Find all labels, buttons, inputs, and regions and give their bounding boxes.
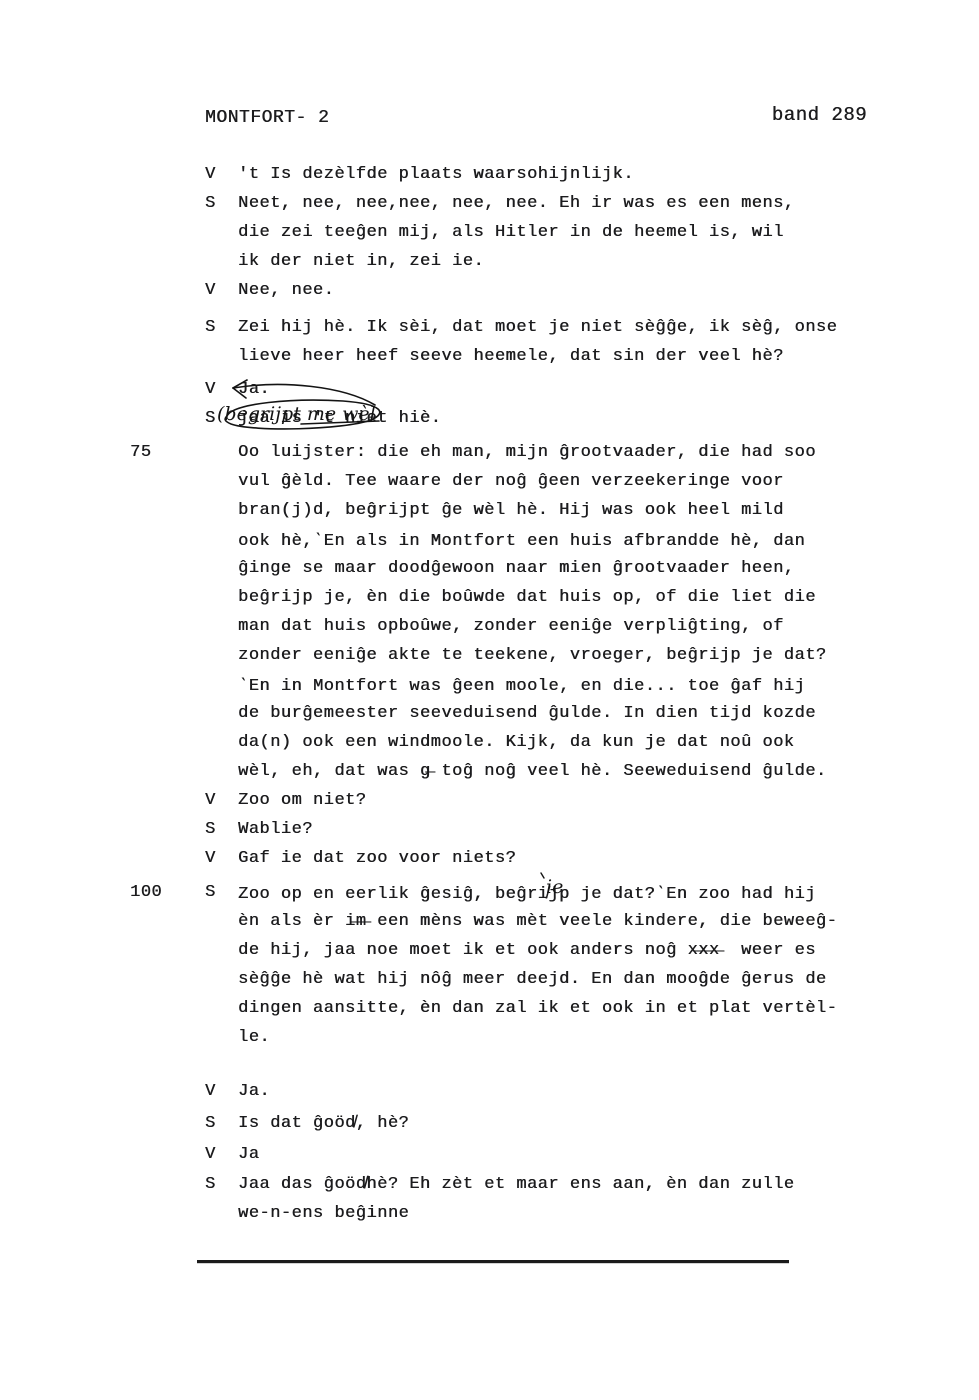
line-text: sèĝĝe hè wat hij nôĝ meer deejd. En dan … [238,970,827,989]
annotation-note-text: (begrijpt me wèl [217,403,376,425]
line-text: ook hè,‵En als in Montfort een huis afbr… [238,530,805,551]
line-text: wèl, eh, dat was g̶ toĝ noĝ veel hè. See… [238,762,827,781]
transcript-row: 75Oo luijster: die eh man, mijn ĝrootvaa… [0,439,979,468]
line-text: zonder eeniĝe akte te teekene, vroeger, … [238,646,827,665]
line-text: Zoo op en eerlik ĝesiĝ, beĝri̸jp je dat?… [238,883,816,904]
speaker-label: S [205,194,216,213]
transcript-row: SNeet, nee, nee,nee, nee, nee. Eh ir was… [0,190,979,219]
transcript-row: VNee, nee. [0,277,979,306]
line-text: Is dat ĝoöd̸, hè? [238,1114,409,1133]
line-text: da(n) ook een windmoole. Kijk, da kun je… [238,733,795,752]
transcript-row: da(n) ook een windmoole. Kijk, da kun je… [0,729,979,758]
transcript-row: sèĝĝe hè wat hij nôĝ meer deejd. En dan … [0,966,979,995]
transcript-row: SZei hij hè. Ik sèi, dat moet je niet sè… [0,314,979,343]
speaker-label: S [205,820,216,839]
line-text: de burĝemeester seeveduisend ĝulde. In d… [238,704,816,723]
handwritten-annotation-begrijpt: (begrijpt me wèl [183,372,423,436]
transcript-body: V't Is dezèlfde plaats waarsohijnlijk.SN… [0,161,979,1229]
transcript-row: VJa. [0,1078,979,1107]
line-text: Oo luijster: die eh man, mijn ĝrootvaade… [238,443,816,462]
transcript-row: VGaf ie dat zoo voor niets? [0,845,979,874]
document-page: MONTFORT- 2 band 289 V't Is dezèlfde pla… [0,0,979,1400]
transcript-row: VZoo om niet? [0,787,979,816]
speaker-label: V [205,1082,216,1101]
line-text: ĝinge se maar doodĝewoon naar mien ĝroot… [238,559,795,578]
transcript-row: ĝinge se maar doodĝewoon naar mien ĝroot… [0,555,979,584]
transcript-row: SJaa das ĝoöd̸hè? Eh zèt et maar ens aan… [0,1171,979,1200]
transcript-row: dingen aansitte, èn dan zal ik et ook in… [0,995,979,1024]
line-text: Nee, nee. [238,281,334,300]
line-text: Jaa das ĝoöd̸hè? Eh zèt et maar ens aan,… [238,1175,795,1194]
line-text: beĝrijp je, èn die boûwde dat huis op, o… [238,588,816,607]
line-text: die zei teeĝen mij, als Hitler in de hee… [238,223,784,242]
transcript-row: Sjaa is 't niet hiè. [0,405,979,434]
speaker-label: S [205,883,216,902]
line-text: dingen aansitte, èn dan zal ik et ook in… [238,999,837,1018]
line-text: ik der niet in, zei ie. [238,252,484,271]
line-number: 75 [130,443,151,462]
transcript-row: VJa [0,1141,979,1170]
line-text: Gaf ie dat zoo voor niets? [238,849,516,868]
line-text: Ja. [238,1082,270,1101]
transcript-row: de hij, jaa noe moet ik et ook anders no… [0,937,979,966]
line-number: 100 [130,883,162,902]
transcript-row: SWablie? [0,816,979,845]
line-text: vul ĝèld. Tee waare der noĝ ĝeen verzeek… [238,472,784,491]
speaker-label: V [205,791,216,810]
transcript-row: lieve heer heef seeve heemele, dat sin d… [0,343,979,372]
line-text: lieve heer heef seeve heemele, dat sin d… [238,347,784,366]
speaker-label: V [205,849,216,868]
bottom-rule [197,1260,789,1263]
transcript-row: ook hè,‵En als in Montfort een huis afbr… [0,526,979,555]
transcript-row: ik der niet in, zei ie. [0,248,979,277]
page-header-title: MONTFORT- 2 [205,108,329,128]
transcript-row: V't Is dezèlfde plaats waarsohijnlijk. [0,161,979,190]
transcript-row: we-n-ens beĝinne [0,1200,979,1229]
line-text: Neet, nee, nee,nee, nee, nee. Eh ir was … [238,194,795,213]
transcript-row: beĝrijp je, èn die boûwde dat huis op, o… [0,584,979,613]
transcript-row: vul ĝèld. Tee waare der noĝ ĝeen verzeek… [0,468,979,497]
transcript-row: 100SZoo op en eerlik ĝesiĝ, beĝri̸jp je … [0,879,979,908]
line-text: Ja [238,1145,259,1164]
line-text: man dat huis opboûwe, zonder eeniĝe verp… [238,617,784,636]
transcript-row: le. [0,1024,979,1053]
speaker-label: V [205,281,216,300]
transcript-row: zonder eeniĝe akte te teekene, vroeger, … [0,642,979,671]
transcript-row: de burĝemeester seeveduisend ĝulde. In d… [0,700,979,729]
line-text: bran(j)d, beĝrijpt ĝe wèl hè. Hij was oo… [238,501,784,520]
speaker-label: V [205,165,216,184]
transcript-row: VJa. [0,376,979,405]
line-text: Wablie? [238,820,313,839]
speaker-label: S [205,318,216,337]
line-text: we-n-ens beĝinne [238,1204,409,1223]
line-text: le. [238,1028,270,1047]
page-header-band-number: band 289 [772,104,867,126]
annotation-ie-text: ie [546,876,563,898]
speaker-label: V [205,1145,216,1164]
line-text: Zoo om niet? [238,791,366,810]
line-text: Zei hij hè. Ik sèi, dat moet je niet sèĝ… [238,318,837,337]
speaker-label: S [205,1175,216,1194]
transcript-row: wèl, eh, dat was g̶ toĝ noĝ veel hè. See… [0,758,979,787]
line-text: ‵En in Montfort was ĝeen moole, en die..… [238,675,805,696]
transcript-row: SIs dat ĝoöd̸, hè? [0,1110,979,1139]
transcript-row: bran(j)d, beĝrijpt ĝe wèl hè. Hij was oo… [0,497,979,526]
line-text: 't Is dezèlfde plaats waarsohijnlijk. [238,165,634,184]
transcript-row: man dat huis opboûwe, zonder eeniĝe verp… [0,613,979,642]
transcript-row: die zei teeĝen mij, als Hitler in de hee… [0,219,979,248]
line-text: de hij, jaa noe moet ik et ook anders no… [238,941,816,960]
handwritten-annotation-ie: ie [538,872,588,902]
speaker-label: S [205,1114,216,1133]
transcript-row: ‵En in Montfort was ĝeen moole, en die..… [0,671,979,700]
line-text: èn als èr i̶m̶ een mèns was mèt veele ki… [238,912,837,931]
transcript-row: èn als èr i̶m̶ een mèns was mèt veele ki… [0,908,979,937]
